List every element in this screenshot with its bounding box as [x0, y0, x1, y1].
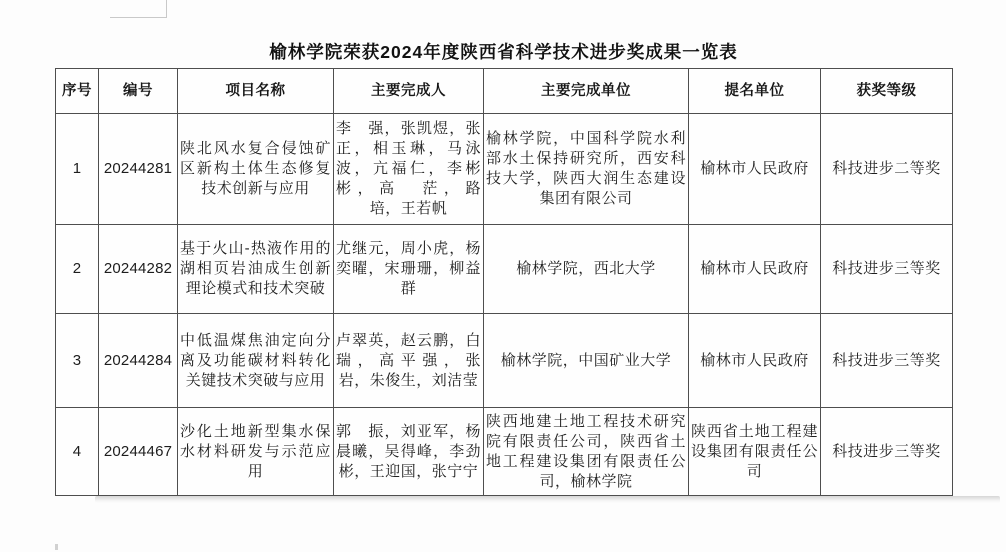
- table-row: 4 20244467 沙化土地新型集水保水材料研发与示范应用 郭 振，刘亚军，杨…: [56, 408, 953, 496]
- header-award: 获奖等级: [821, 69, 953, 114]
- table-row: 2 20244282 基于火山-热液作用的湖相页岩油成生创新理论模式和技术突破 …: [56, 225, 953, 314]
- cell-project: 基于火山-热液作用的湖相页岩油成生创新理论模式和技术突破: [178, 225, 334, 314]
- cell-code: 20244467: [99, 408, 178, 496]
- header-units: 主要完成单位: [484, 69, 689, 114]
- cell-serial: 1: [56, 114, 99, 225]
- cell-completers: 尤继元，周小虎，杨奕曜，宋珊珊，柳益群: [334, 225, 484, 314]
- table-header-row: 序号 编号 项目名称 主要完成人 主要完成单位 提名单位 获奖等级: [56, 69, 953, 114]
- cell-completers: 卢翠英，赵云鹏，白瑞，高平强，张 岩，朱俊生，刘洁莹: [334, 314, 484, 408]
- cell-award: 科技进步三等奖: [821, 314, 953, 408]
- cell-code: 20244284: [99, 314, 178, 408]
- crop-mark-top-left: [110, 0, 167, 18]
- cell-units: 榆林学院，中国科学院水利部水土保持研究所，西安科技大学，陕西大润生态建设集团有限…: [484, 114, 689, 225]
- header-nominator: 提名单位: [689, 69, 821, 114]
- table-row: 1 20244281 陕北风水复合侵蚀矿区新构土体生态修复技术创新与应用 李 强…: [56, 114, 953, 225]
- table-row: 3 20244284 中低温煤焦油定向分离及功能碳材料转化关键技术突破与应用 卢…: [56, 314, 953, 408]
- cell-units: 陕西地建土地工程技术研究院有限责任公司，陕西省土地工程建设集团有限责任公司，榆林…: [484, 408, 689, 496]
- cell-completers: 李 强，张凯煜，张正，相玉琳，马泳波，亢福仁，李彬彬，高 茫，路 培，王若帆: [334, 114, 484, 225]
- cell-serial: 3: [56, 314, 99, 408]
- cell-serial: 4: [56, 408, 99, 496]
- cell-code: 20244281: [99, 114, 178, 225]
- header-serial: 序号: [56, 69, 99, 114]
- cell-completers: 郭 振，刘亚军，杨晨曦，吴得峰，李劲彬，王迎国，张宁宁: [334, 408, 484, 496]
- awards-table: 序号 编号 项目名称 主要完成人 主要完成单位 提名单位 获奖等级 1 2024…: [55, 68, 953, 496]
- cell-project: 中低温煤焦油定向分离及功能碳材料转化关键技术突破与应用: [178, 314, 334, 408]
- cell-award: 科技进步三等奖: [821, 408, 953, 496]
- cell-nominator: 榆林市人民政府: [689, 314, 821, 408]
- header-project: 项目名称: [178, 69, 334, 114]
- header-code: 编号: [99, 69, 178, 114]
- document-page: 榆林学院荣获2024年度陕西省科学技术进步奖成果一览表 序号 编号 项目名称 主…: [0, 0, 1006, 552]
- cell-code: 20244282: [99, 225, 178, 314]
- cell-nominator: 榆林市人民政府: [689, 114, 821, 225]
- table-title: 榆林学院荣获2024年度陕西省科学技术进步奖成果一览表: [55, 40, 952, 64]
- header-completers: 主要完成人: [334, 69, 484, 114]
- scan-artifact: [55, 544, 58, 550]
- cell-units: 榆林学院，西北大学: [484, 225, 689, 314]
- cell-project: 陕北风水复合侵蚀矿区新构土体生态修复技术创新与应用: [178, 114, 334, 225]
- scan-shadow: [95, 496, 1000, 503]
- cell-award: 科技进步二等奖: [821, 114, 953, 225]
- cell-serial: 2: [56, 225, 99, 314]
- cell-project: 沙化土地新型集水保水材料研发与示范应用: [178, 408, 334, 496]
- cell-nominator: 榆林市人民政府: [689, 225, 821, 314]
- cell-units: 榆林学院，中国矿业大学: [484, 314, 689, 408]
- cell-nominator: 陕西省土地工程建设集团有限责任公司: [689, 408, 821, 496]
- cell-award: 科技进步三等奖: [821, 225, 953, 314]
